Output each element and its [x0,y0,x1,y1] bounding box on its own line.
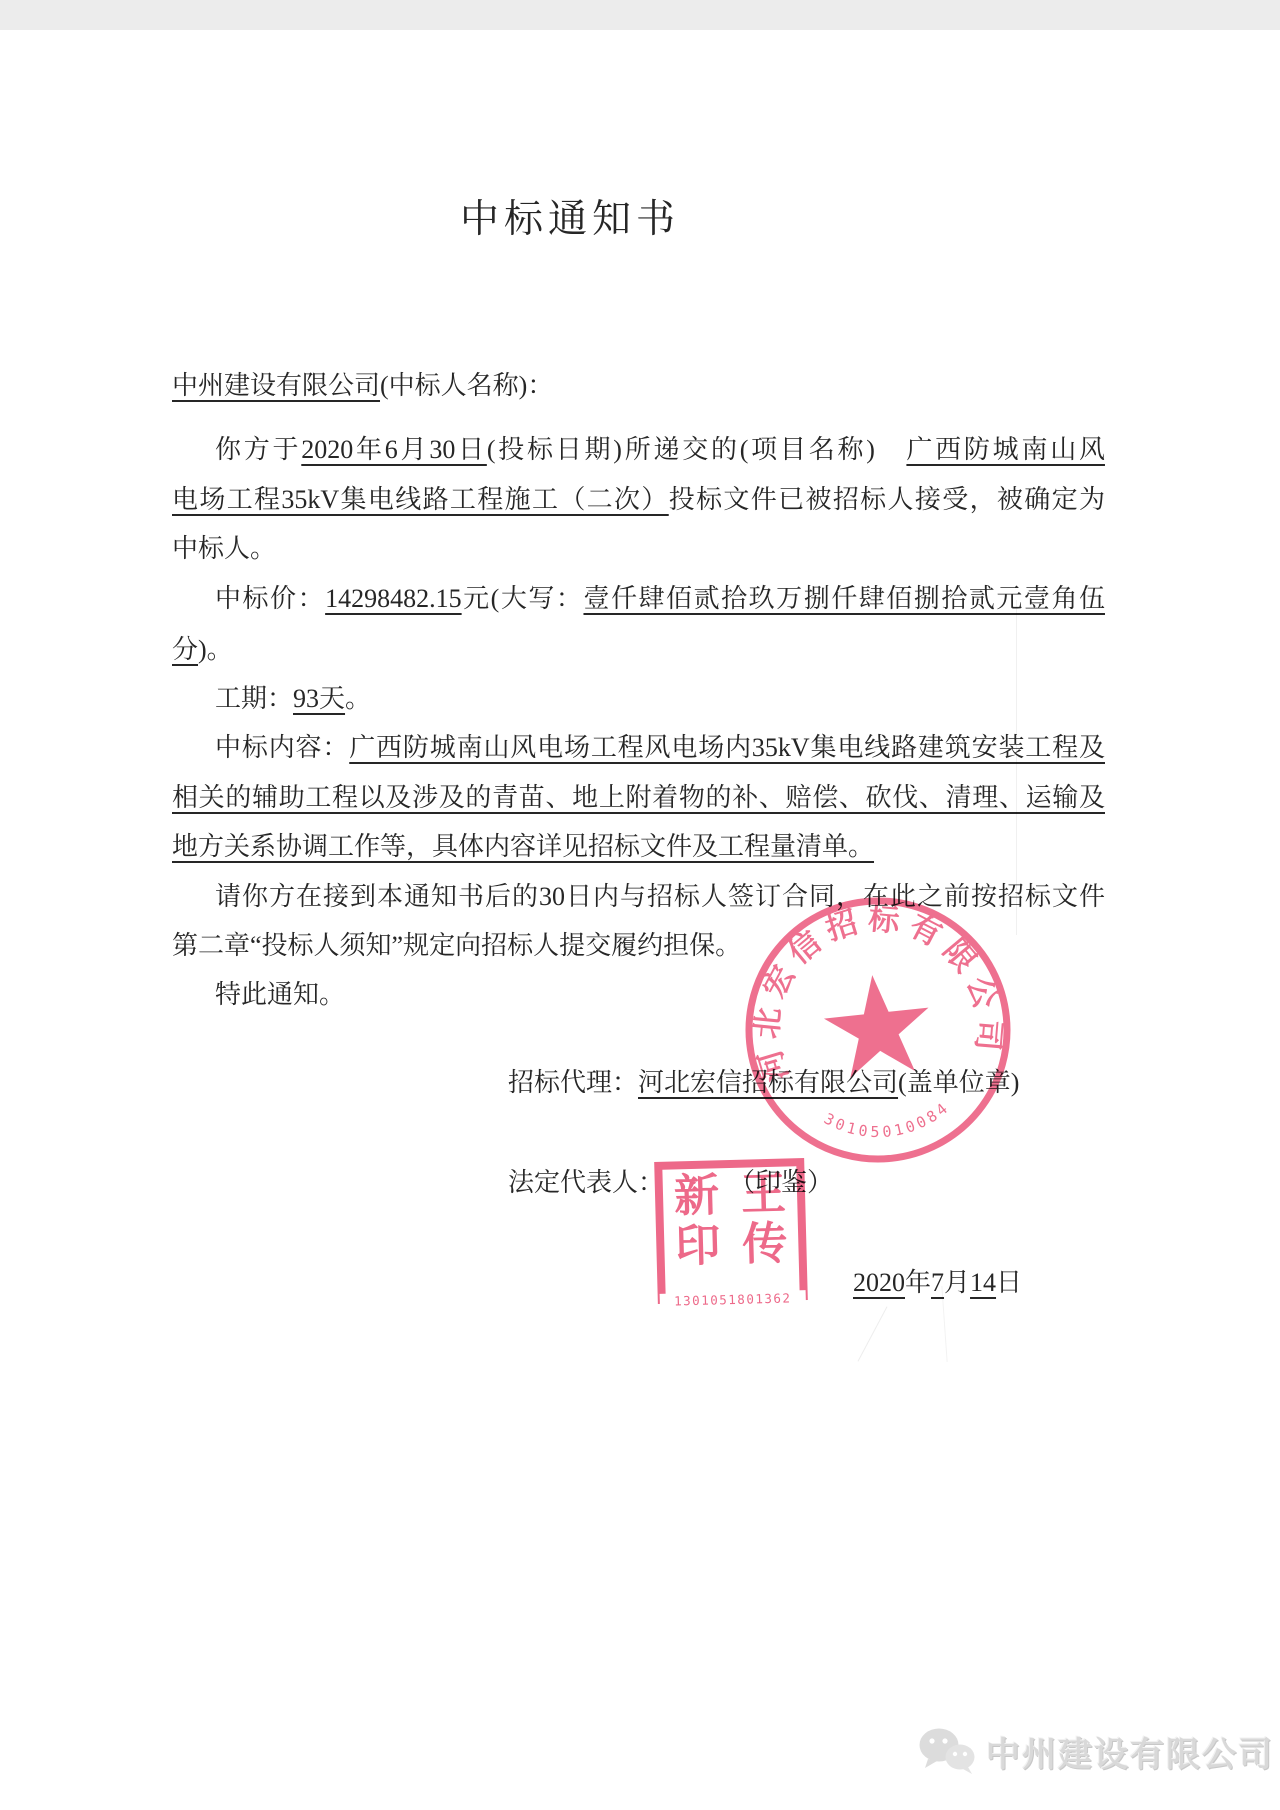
scan-artifact-line [1016,600,1017,935]
wechat-icon [918,1726,976,1776]
line-price-1: 中标价：14298482.15元(大写：壹仟肆佰贰拾玖万捌仟肆佰捌拾贰元壹角伍 [215,581,1105,617]
text-segment: 中标人。 [172,534,276,563]
text-segment: 年 [905,1268,931,1297]
line-price-2: 分)。 [172,632,233,668]
seal-char: 王 [740,1171,786,1217]
legal-rep-seal-code: 1301051801362 [660,1290,806,1309]
text-segment: 电场工程35kV集电线路工程施工（二次） [172,485,669,514]
text-segment: )。 [198,635,233,664]
page-title: 中标通知书 [0,188,1140,244]
text-segment: 元(大写： [462,584,584,613]
watermark-company-name: 中州建设有限公司 [986,1727,1274,1776]
text-segment: 法定代表人： [508,1168,664,1197]
text-segment: 2020 [853,1268,905,1297]
text-segment: 地方关系协调工作等，具体内容详见招标文件及工程量清单。 [172,832,874,861]
legal-rep-name-seal: 新 王 印 传 1301051801362 [654,1158,808,1304]
text-segment: 特此通知。 [215,980,345,1009]
line-content-3: 地方关系协调工作等，具体内容详见招标文件及工程量清单。 [172,829,874,865]
text-segment: 14 [970,1268,996,1297]
line-body-2: 电场工程35kV集电线路工程施工（二次）投标文件已被招标人接受，被确定为 [172,482,1105,518]
line-content-1: 中标内容：广西防城南山风电场工程风电场内35kV集电线路建筑安装工程及 [215,730,1105,766]
seal-char: 印 [675,1223,721,1269]
text-segment: (投标日期)所递交的(项目名称) [487,435,907,464]
line-date: 2020年7月14日 [853,1265,1022,1301]
text-segment: (中标人名称)： [380,371,553,400]
text-segment: 日 [996,1268,1022,1297]
text-segment: 月 [944,1268,970,1297]
text-segment: 招标代理： [508,1068,638,1097]
agency-round-seal-graphic: 河北宏信招标有限公司 1301050100847 [736,888,1020,1172]
text-segment: 你方于 [215,435,301,464]
seal-char: 传 [742,1221,788,1267]
line-content-2: 相关的辅助工程以及涉及的青苗、地上附着物的补、赔偿、砍伐、清理、运输及 [172,780,1105,816]
scanned-document-page: 中标通知书 中州建设有限公司(中标人名称)：你方于2020年6月30日(投标日期… [0,0,1280,1810]
footer-watermark: 中州建设有限公司 [918,1726,1274,1776]
scan-top-margin [0,0,1280,30]
text-segment: 14298482.15 [325,584,462,613]
text-segment: 93天 [293,684,345,713]
line-addressee: 中州建设有限公司(中标人名称)： [172,368,553,404]
line-sign-2: 第二章“投标人须知”规定向招标人提交履约担保。 [172,928,741,964]
text-segment: 2020年6月30日 [301,435,487,464]
scan-artifact-scratch [858,1306,888,1361]
text-segment: 投标文件已被招标人接受，被确定为 [669,485,1105,514]
text-segment: 广西防城南山风电场工程风电场内35kV集电线路建筑安装工程及 [349,733,1105,762]
text-segment: 相关的辅助工程以及涉及的青苗、地上附着物的补、赔偿、砍伐、清理、运输及 [172,783,1105,812]
text-segment: 中标价： [215,584,325,613]
text-segment: 中标内容： [215,733,349,762]
text-segment: 。 [345,684,371,713]
text-segment: 工期： [215,684,293,713]
text-segment: 广西防城南山风 [906,435,1105,464]
star-icon [820,970,935,1080]
text-segment: 中州建设有限公司 [172,371,380,400]
text-segment: 分 [172,635,198,664]
line-body-1: 你方于2020年6月30日(投标日期)所递交的(项目名称) 广西防城南山风 [215,432,1105,468]
line-notice: 特此通知。 [215,977,345,1013]
seal-char: 新 [673,1173,719,1219]
line-body-3: 中标人。 [172,531,276,567]
line-duration: 工期：93天。 [215,681,371,717]
agency-round-seal: 河北宏信招标有限公司 1301050100847 [736,888,1020,1172]
legal-rep-seal-characters: 新 王 印 传 [662,1166,799,1271]
text-segment: 第二章“投标人须知”规定向招标人提交履约担保。 [172,931,741,960]
text-segment: 壹仟肆佰贰拾玖万捌仟肆佰捌拾贰元壹角伍 [583,584,1105,613]
